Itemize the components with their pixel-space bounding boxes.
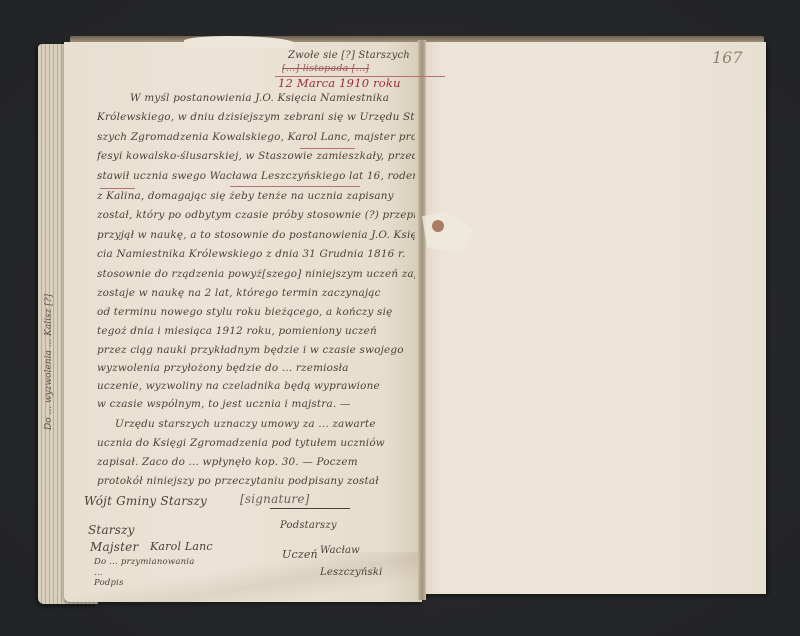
name-red-underline [230, 186, 360, 187]
right-page [422, 42, 766, 594]
body-line: tegoż dnia i miesiąca 1912 roku, pomieni… [97, 325, 415, 337]
body-line: z Kalina, domagając się żeby tenże na uc… [97, 190, 415, 202]
signature-majster: Karol Lanc [150, 540, 213, 553]
signature-label-starszy: Starszy [88, 523, 135, 537]
header-line-2-struck: [...] listopada [...] [282, 63, 369, 74]
body-line: przez ciąg nauki przykładnym będzie i w … [97, 344, 415, 356]
body-line: stawił ucznia swego Wacława Leszczyńskie… [97, 170, 415, 182]
body-line: zapisał. Zaco do ... wpłynęło kop. 30. —… [97, 456, 415, 468]
signature-uczen: Wacław Leszczyński [320, 540, 380, 584]
signature-wojt: [signature] [240, 492, 310, 506]
bottom-note-line-2: ... [94, 568, 103, 578]
bottom-note-line-1: Do ... przymianowania [94, 557, 194, 567]
body-line: ucznia do Księgi Zgromadzenia pod tytułe… [97, 437, 415, 449]
body-line: wyzwolenia przyłożony będzie do ... rzem… [97, 362, 415, 374]
stain-spot [432, 220, 444, 232]
body-line: od terminu nowego stylu roku bieżącego, … [97, 306, 415, 318]
body-line: został, który po odbytym czasie próby st… [97, 209, 415, 221]
body-line: w czasie wspólnym, to jest ucznia i majs… [97, 398, 415, 410]
body-line: cia Namiestnika Królewskiego z dnia 31 G… [97, 248, 415, 260]
body-line: Królewskiego, w dniu dzisiejszym zebrani… [97, 111, 415, 123]
body-line: zostaje w naukę na 2 lat, którego termin… [97, 287, 415, 299]
signature-label-wojt: Wójt Gminy Starszy [84, 494, 207, 508]
body-line: W myśl postanowienia J.O. Księcia Namies… [130, 92, 420, 104]
body-line: szych Zgromadzenia Kowalskiego, Karol La… [97, 131, 415, 143]
left-page [64, 42, 422, 602]
signature-underline [270, 508, 350, 509]
signature-label-uczen: Uczeń [282, 548, 318, 561]
header-red-underline [275, 76, 445, 77]
body-line: stosownie do rządzenia powyż[szego] nini… [97, 268, 415, 280]
body-line: Urzędu starszych uznaczy umowy za ... za… [115, 418, 415, 430]
bottom-note-line-3: Podpis [94, 578, 124, 588]
body-line: protokół niniejszy po przeczytaniu podpi… [97, 475, 415, 487]
name-red-underline [100, 188, 135, 189]
body-line: przyjął w naukę, a to stosownie do posta… [97, 229, 415, 241]
torn-top-edge [184, 36, 294, 48]
header-date: 12 Marca 1910 roku [278, 76, 401, 90]
vertical-margin-note: Do ... wyzwolenia ... Kalisz [?] [44, 294, 54, 430]
name-red-underline [300, 148, 355, 149]
book-gutter [418, 40, 426, 600]
signature-label-podstarszy: Podstarszy [280, 520, 337, 531]
signature-label-majster: Majster [90, 540, 138, 554]
page-number: 167 [712, 48, 743, 67]
body-line: uczenie, wyzwoliny na czeladnika będą wy… [97, 380, 415, 392]
header-line-1: Zwołe sie [?] Starszych [288, 50, 410, 61]
body-line: fesyi kowalsko-ślusarskiej, w Staszowie … [97, 150, 415, 162]
